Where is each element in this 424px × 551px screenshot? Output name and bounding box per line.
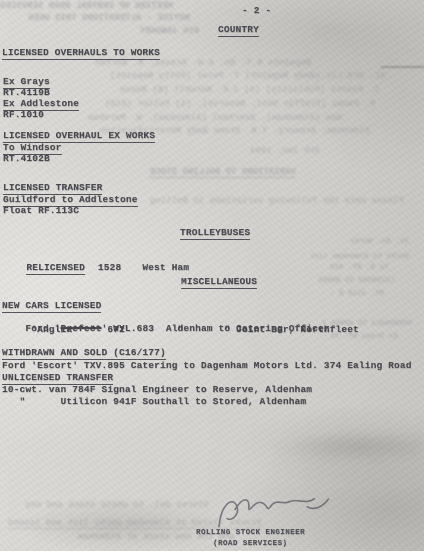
heading-licensed-transfer: LICENSED TRANSFER <box>3 182 102 195</box>
new-car-line: 'Anglia' " 672 " " Joint Bar, Northfleet <box>2 324 359 335</box>
bleedthrough-text: Please note the following variations in … <box>150 196 404 206</box>
footer-title: ROLLING STOCK ENGINEER <box>196 528 305 539</box>
bleedthrough-text: 4th Jan, 1964 <box>250 146 320 156</box>
fleet-number: 1528 <box>98 262 121 273</box>
overhaul-entry-vehicle: RT.4119B <box>3 87 50 98</box>
relicensed-label: RELICENSED <box>26 262 85 275</box>
transfer-vehicle: Float RF.113C <box>3 205 79 216</box>
bleedthrough-text: VARIATIONS TO ROLLING STOCK <box>150 167 296 178</box>
bleedthrough-text: Stores del. to whole stock and may <box>25 500 209 510</box>
heading-withdrawn-and-sold: WITHDRAWN AND SOLD (C16/177) <box>2 347 166 360</box>
smudge <box>270 432 424 462</box>
bleedthrough-text: Repaints R.T. No. A.W. Graves, R. Burton <box>95 58 311 68</box>
heading-licensed-overhaul-ex-works: LICENSED OVERHAUL EX WORKS <box>3 130 155 143</box>
bleedthrough-text: St. No. Works <box>350 238 409 246</box>
withdrawn-line: Ford 'Escort' TXV.895 Catering to Dagenh… <box>2 360 412 371</box>
heading-miscellaneous: MISCELLANEOUS <box>181 276 257 289</box>
heading-trolleybuses: TROLLEYBUSES <box>180 227 250 240</box>
bleedthrough-text: Works to Aldenham list <box>310 253 409 261</box>
unlicensed-transfer-line: " Utilicon 941F Southall to Stored, Alde… <box>2 396 306 407</box>
handwritten-signature <box>208 479 337 536</box>
overhaul-entry-vehicle: RT.4102B <box>3 153 50 164</box>
document-page: MEETING OF CENTRAL ROAD SERVICES NOTICE … <box>0 0 424 551</box>
heading-new-cars-licensed: NEW CARS LICENSED <box>2 300 101 313</box>
bleedthrough-text: To R. RT. 415 <box>330 264 389 272</box>
heading-unlicensed-transfer: UNLICENSED TRANSFER <box>2 372 113 385</box>
bleedthrough-text: St. Ord.Lic.(Body Repaint) T. Peter (Pet… <box>110 71 385 81</box>
bleedthrough-text: C. Paints (Publicity) (S) J.P. Norwell (… <box>120 85 379 95</box>
relicensed-row: RELICENSED1528West Ham <box>3 251 189 286</box>
bleedthrough-text: RT. 4119 B - <box>330 290 384 298</box>
footer-subtitle: (ROAD SERVICES) <box>213 539 287 550</box>
bleedthrough-text: MEETING OF CENTRAL ROAD SERVICES <box>0 1 173 11</box>
bleedthrough-text: New (Aldenham), Overhaul (Aldenham), W. … <box>88 113 342 123</box>
page-number: - 2 - <box>242 5 271 16</box>
unlicensed-transfer-line: 10-cwt. van 784F Signal Engineer to Rese… <box>2 384 312 395</box>
bleedthrough-text: LICENSED TO WORKS <box>318 277 395 285</box>
overhaul-entry-vehicle: RF.1010 <box>3 109 44 120</box>
depot-name: West Ham <box>142 262 189 273</box>
heading-licensed-overhauls-to-works: LICENSED OVERHAULS TO WORKS <box>2 47 160 60</box>
fold-mark <box>381 66 424 68</box>
bleedthrough-text: P. Panes (Traffic Unit, Reserve), (1) Fu… <box>105 99 375 109</box>
heading-country: COUNTRY <box>218 24 259 37</box>
bleedthrough-text: 8th JANUARY <box>140 26 199 36</box>
bleedthrough-text: NOTICE - ALTERATIONS THIS WEEK <box>28 13 190 23</box>
